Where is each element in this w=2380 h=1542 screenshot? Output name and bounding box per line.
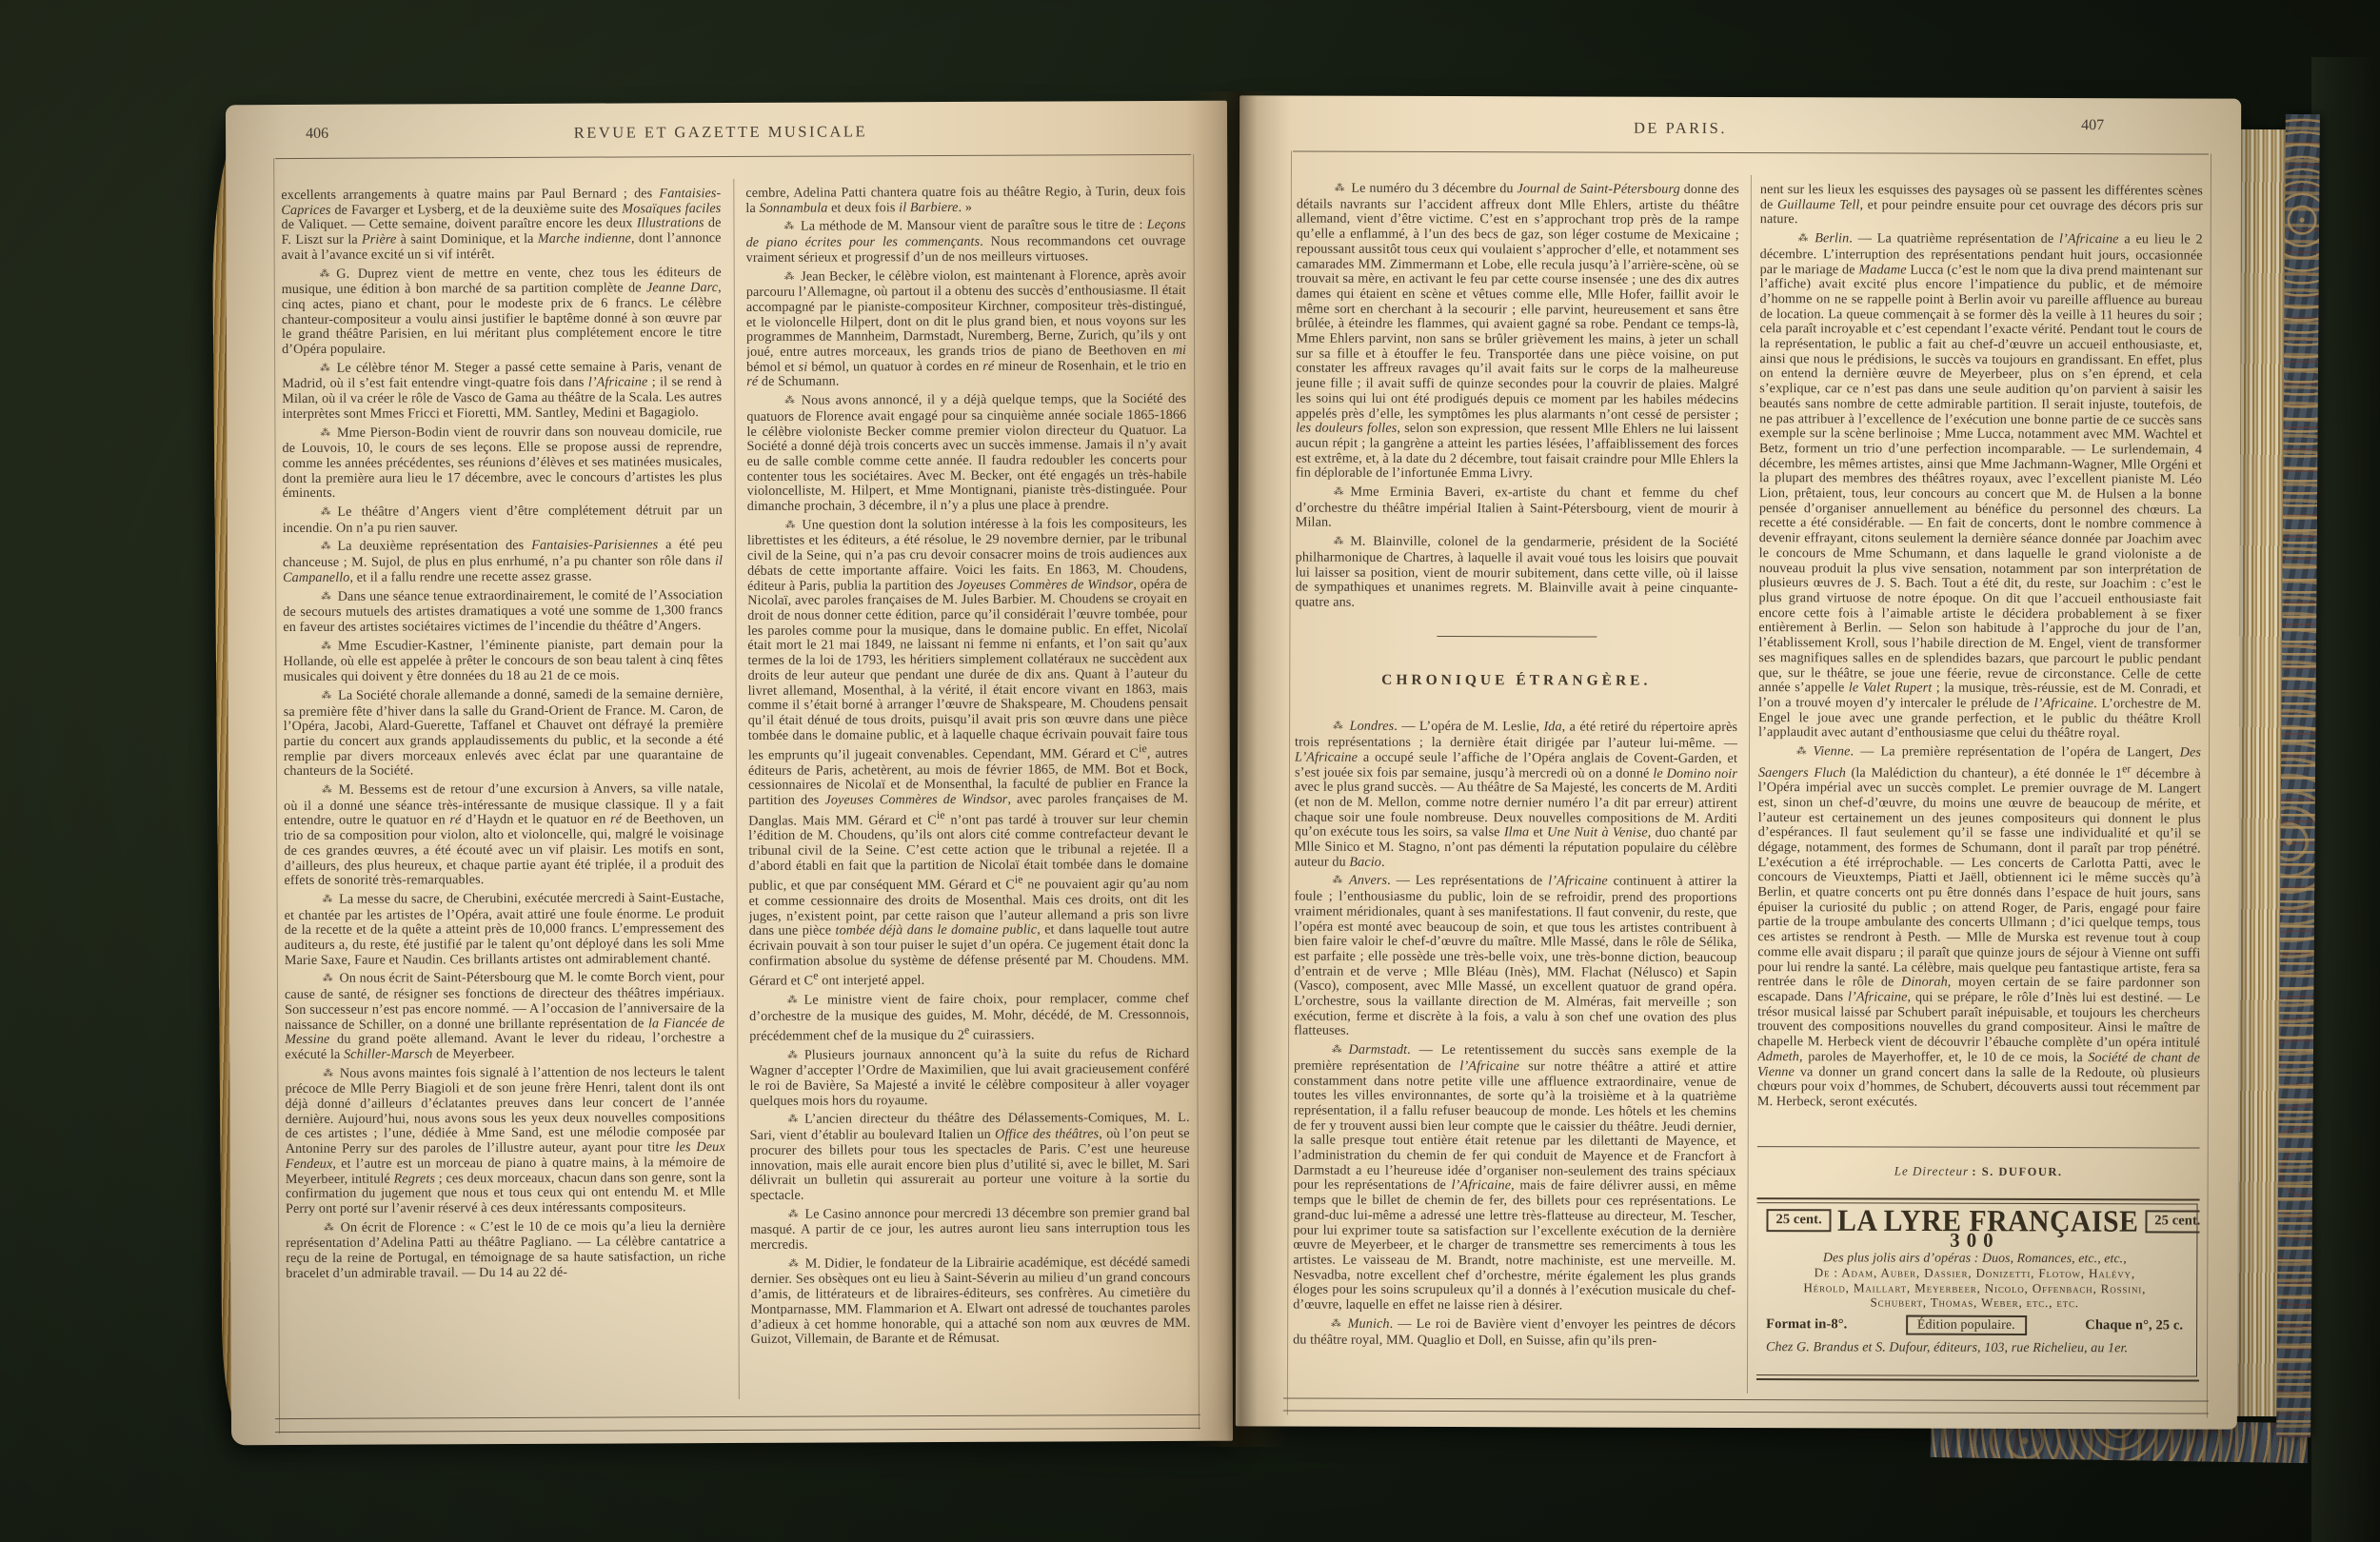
director-name: : S. DUFOUR. xyxy=(1972,1165,2062,1178)
ad-composers-line-2: Hérold, Maillart, Meyerbeer, Nicolo, Off… xyxy=(1803,1280,2146,1296)
asterism-mark: ⁂ xyxy=(1316,182,1345,197)
asterism-mark: ⁂ xyxy=(1779,231,1809,247)
asterism-mark: ⁂ xyxy=(301,425,330,441)
director-label: Le Directeur xyxy=(1894,1164,1969,1178)
paragraph: nent sur les lieux les esquisses des pay… xyxy=(1760,183,2203,229)
ad-subtitle: Des plus jolis airs d’opéras : Duos, Rom… xyxy=(1823,1251,2127,1267)
ad-price-right: 25 cent. xyxy=(2145,1210,2203,1233)
signature-rule xyxy=(1757,1146,2200,1148)
asterism-mark: ⁂ xyxy=(1315,535,1344,550)
advertisement-inner-frame: 25 cent. LA LYRE FRANÇAISE 25 cent. 300 … xyxy=(1756,1202,2198,1376)
paragraph: ⁂La messe du sacre, de Cherubini, exécut… xyxy=(285,891,724,969)
asterism-mark: ⁂ xyxy=(769,1207,799,1222)
asterism-mark: ⁂ xyxy=(301,362,330,377)
asterism-mark: ⁂ xyxy=(765,269,795,285)
left-page-column-2: cembre, Adelina Patti chantera quatre fo… xyxy=(745,185,1191,1397)
running-title-left: REVUE ET GAZETTE MUSICALE xyxy=(574,122,867,142)
ad-title: LA LYRE FRANÇAISE xyxy=(1837,1213,2138,1229)
right-page: DE PARIS. 407 ⁂Le numéro du 3 décembre d… xyxy=(1236,95,2241,1429)
column-2-paragraphs: nent sur les lieux les esquisses des pay… xyxy=(1757,183,2203,1136)
paragraph: ⁂Mme Escudier-Kastner, l’éminente pianis… xyxy=(283,638,723,685)
asterism-mark: ⁂ xyxy=(304,893,333,908)
ad-composers-line-1: De : Adam, Auber, Dassier, Donizetti, Fl… xyxy=(1815,1265,2135,1281)
paragraph: ⁂Nous avons maintes fois signalé à l’att… xyxy=(285,1065,725,1217)
ad-composers-line-3: Schubert, Thomas, Weber, etc., etc. xyxy=(1871,1295,2079,1311)
paragraph: ⁂Darmstadt. — Le retentissement du succè… xyxy=(1293,1043,1736,1315)
section-title: CHRONIQUE ÉTRANGÈRE. xyxy=(1295,672,1737,688)
paragraph: ⁂La Société chorale allemande a donné, s… xyxy=(284,687,724,780)
paragraph: ⁂Mme Pierson-Bodin vient de rouvrir dans… xyxy=(282,425,722,503)
asterism-mark: ⁂ xyxy=(303,689,332,704)
right-page-column-1: ⁂Le numéro du 3 décembre du Journal de S… xyxy=(1293,182,1739,1394)
book-photograph: { "palette":{ "background":"#161c12","pa… xyxy=(0,0,2380,1542)
paragraph: ⁂Londres. — L’opéra de M. Leslie, Ida, a… xyxy=(1295,720,1737,871)
paragraph: ⁂M. Bessems est de retour d’une excursio… xyxy=(284,781,724,889)
asterism-mark: ⁂ xyxy=(1314,874,1343,889)
paragraph: ⁂Jean Becker, le célèbre violon, est mai… xyxy=(746,267,1187,390)
paragraph: ⁂G. Duprez vient de mettre en vente, che… xyxy=(282,266,722,358)
column-1-top-paragraphs: ⁂Le numéro du 3 décembre du Journal de S… xyxy=(1295,182,1738,612)
asterism-mark: ⁂ xyxy=(303,783,332,799)
asterism-mark: ⁂ xyxy=(302,505,331,521)
asterism-mark: ⁂ xyxy=(768,993,798,1008)
left-page-column-1: excellents arrangements à quatre mains p… xyxy=(281,187,726,1399)
paragraph: ⁂M. Didier, le fondateur de la Librairie… xyxy=(750,1255,1190,1348)
asterism-mark: ⁂ xyxy=(305,1221,334,1236)
paragraph: ⁂Munich. — Le roi de Bavière vient d’env… xyxy=(1293,1316,1735,1349)
asterism-mark: ⁂ xyxy=(1313,1043,1342,1058)
ad-unit-price: Chaque n°, 25 c. xyxy=(2085,1318,2183,1334)
left-page: 406 REVUE ET GAZETTE MUSICALE excellents… xyxy=(226,101,1233,1446)
paragraph: excellents arrangements à quatre mains p… xyxy=(281,187,721,264)
asterism-mark: ⁂ xyxy=(1777,744,1807,760)
asterism-mark: ⁂ xyxy=(769,1113,799,1128)
asterism-mark: ⁂ xyxy=(1314,720,1343,735)
ad-price-left: 25 cent. xyxy=(1766,1209,1831,1232)
paragraph: ⁂Anvers. — Les représentations de l’Afri… xyxy=(1294,874,1737,1040)
asterism-mark: ⁂ xyxy=(766,518,796,533)
page-number-left: 406 xyxy=(306,126,328,143)
section-heading-block: CHRONIQUE ÉTRANGÈRE. xyxy=(1295,635,1737,688)
section-divider-rule xyxy=(1437,636,1597,638)
page-number-right: 407 xyxy=(2081,117,2104,134)
paragraph: ⁂On écrit de Florence : « C’est le 10 de… xyxy=(286,1219,725,1282)
paragraph: ⁂M. Blainville, colonel de la gendarmeri… xyxy=(1295,535,1737,612)
right-page-column-2: nent sur les lieux les esquisses des pay… xyxy=(1756,183,2203,1394)
ad-publisher-address: Chez G. Brandus et S. Dufour, éditeurs, … xyxy=(1766,1340,2183,1356)
asterism-mark: ⁂ xyxy=(769,1256,799,1272)
paragraph: ⁂Dans une séance tenue extraordinairemen… xyxy=(283,588,723,636)
asterism-mark: ⁂ xyxy=(301,267,330,282)
paragraph: ⁂Le célèbre ténor M. Steger a passé cett… xyxy=(282,360,722,423)
asterism-mark: ⁂ xyxy=(1312,1316,1341,1332)
asterism-mark: ⁂ xyxy=(304,972,333,987)
director-signature: Le Directeur : S. DUFOUR. xyxy=(1757,1163,2200,1180)
paragraph: ⁂Vienne. — La première représentation de… xyxy=(1757,744,2201,1111)
paragraph: ⁂Le théâtre d’Angers vient d’être complé… xyxy=(283,504,723,536)
paragraph: ⁂Plusieurs journaux annoncent qu’à la su… xyxy=(749,1047,1189,1110)
paragraph: ⁂L’ancien directeur du théâtre des Délas… xyxy=(750,1111,1190,1203)
ad-edition-badge: Édition populaire. xyxy=(1906,1315,2027,1335)
column-1-bottom-paragraphs: ⁂Londres. — L’opéra de M. Leslie, Ida, a… xyxy=(1293,720,1737,1349)
paragraph: ⁂Berlin. — La quatrième représentation d… xyxy=(1758,231,2203,741)
asterism-mark: ⁂ xyxy=(304,1066,333,1081)
paragraph: ⁂La méthode de M. Mansour vient de paraî… xyxy=(745,218,1185,266)
asterism-mark: ⁂ xyxy=(1315,485,1344,501)
asterism-mark: ⁂ xyxy=(764,220,794,235)
asterism-mark: ⁂ xyxy=(768,1048,798,1063)
paragraph: ⁂On nous écrit de Saint-Pétersbourg que … xyxy=(285,970,724,1062)
paragraph: ⁂Une question dont la solution intéresse… xyxy=(747,517,1189,990)
paragraph: ⁂La deuxième représentation des Fantaisi… xyxy=(283,538,723,585)
asterism-mark: ⁂ xyxy=(302,540,331,555)
paragraph: ⁂Nous avons annoncé, il y a déjà quelque… xyxy=(746,392,1187,515)
book-cover-board xyxy=(2311,57,2380,1542)
asterism-mark: ⁂ xyxy=(765,394,795,409)
running-title-right: DE PARIS. xyxy=(1634,119,1727,138)
paragraph: ⁂Mme Erminia Baveri, ex-artiste du chant… xyxy=(1296,485,1738,533)
advertisement-box: 25 cent. LA LYRE FRANÇAISE 25 cent. 300 … xyxy=(1756,1197,2203,1382)
asterism-mark: ⁂ xyxy=(302,589,331,604)
paragraph: ⁂Le Casino annonce pour mercredi 13 déce… xyxy=(750,1206,1190,1254)
paragraph: cembre, Adelina Patti chantera quatre fo… xyxy=(745,185,1185,216)
paragraph: ⁂Le ministre vient de faire choix, pour … xyxy=(749,992,1189,1045)
asterism-mark: ⁂ xyxy=(302,640,331,655)
paragraph: ⁂Le numéro du 3 décembre du Journal de S… xyxy=(1296,182,1739,484)
ad-format: Format in-8°. xyxy=(1766,1317,1847,1333)
